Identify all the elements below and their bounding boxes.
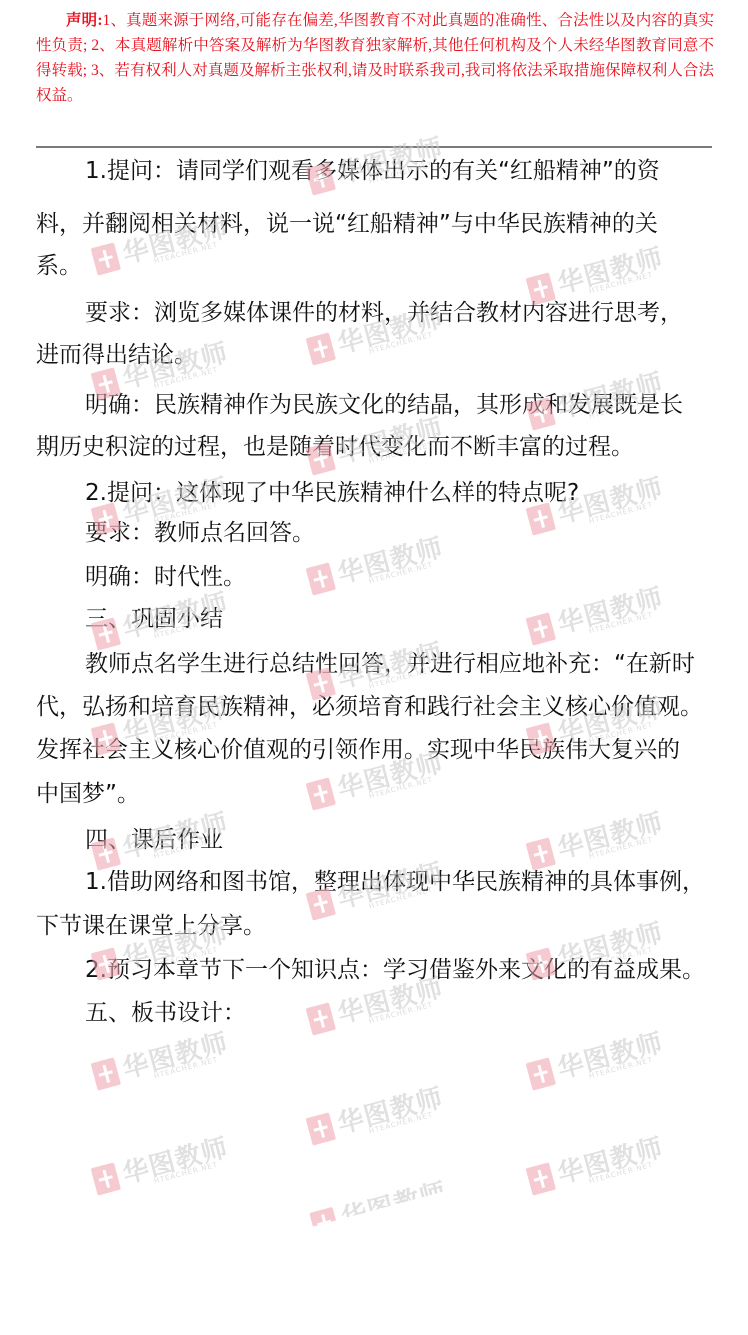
watermark-logo-icon	[309, 1207, 339, 1227]
disclaimer-text: 1、真题来源于网络,可能存在偏差,华图教育不对此真题的准确性、合法性以及内容的真…	[36, 12, 714, 104]
watermark: 华图教师HTEACHER.NET	[89, 1125, 237, 1210]
watermark: 华图教师	[307, 1169, 448, 1226]
watermark-logo-icon	[91, 1162, 121, 1195]
watermark-logo-icon	[526, 1057, 556, 1090]
watermark-logo-icon	[306, 332, 336, 365]
text-line: 1.借助网络和图书馆，整理出体现中华民族精神的具体事例，	[85, 867, 705, 897]
section-heading: 四、课后作业	[85, 825, 223, 855]
text-line: 中国梦”。	[36, 779, 140, 809]
watermark: 华图教师HTEACHER.NET	[524, 1125, 672, 1210]
text-line: 进而得出结论。	[36, 340, 197, 370]
watermark-logo-icon	[526, 1162, 556, 1195]
section-heading: 五、板书设计：	[85, 998, 246, 1028]
section-heading: 三、巩固小结	[85, 604, 223, 634]
text-line: 教师点名学生进行总结性回答，并进行相应地补充：“在新时	[85, 649, 695, 679]
disclaimer: 声明:1、真题来源于网络,可能存在偏差,华图教育不对此真题的准确性、合法性以及内…	[36, 8, 714, 108]
watermark: 华图教师HTEACHER.NET	[304, 1075, 452, 1160]
watermark-logo-icon	[526, 612, 556, 645]
text-line: 要求：教师点名回答。	[85, 518, 315, 548]
watermark-logo-icon	[306, 1002, 336, 1035]
text-line: 1.提问：请同学们观看多媒体出示的有关“红船精神”的资	[85, 156, 660, 186]
watermark: 华图教师HTEACHER.NET	[524, 1020, 672, 1105]
text-line: 发挥社会主义核心价值观的引领作用。实现中华民族伟大复兴的	[36, 735, 680, 765]
text-line: 代，弘扬和培育民族精神，必须培育和践行社会主义核心价值观。	[36, 692, 703, 722]
text-line: 2.提问：这体现了中华民族精神什么样的特点呢?	[85, 478, 579, 508]
text-line: 系。	[36, 251, 82, 281]
disclaimer-label: 声明:	[66, 12, 103, 29]
watermark-logo-icon	[91, 242, 121, 275]
watermark: 华图教师HTEACHER.NET	[524, 575, 672, 660]
watermark-logo-icon	[306, 562, 336, 595]
text-line: 明确：时代性。	[85, 562, 246, 592]
watermark-logo-icon	[526, 837, 556, 870]
text-line: 下节课在课堂上分享。	[36, 911, 266, 941]
watermark-logo-icon	[306, 1112, 336, 1145]
watermark: 华图教师HTEACHER.NET	[304, 525, 452, 610]
text-line: 要求：浏览多媒体课件的材料，并结合教材内容进行思考，	[85, 298, 683, 328]
watermark: 华图教师HTEACHER.NET	[89, 1020, 237, 1105]
text-line: 料，并翻阅相关材料，说一说“红船精神”与中华民族精神的关	[36, 209, 658, 239]
text-line: 期历史积淀的过程，也是随着时代变化而不断丰富的过程。	[36, 432, 634, 462]
watermark-logo-icon	[91, 1057, 121, 1090]
divider	[36, 146, 712, 148]
text-line: 2.预习本章节下一个知识点：学习借鉴外来文化的有益成果。	[85, 955, 705, 985]
watermark-logo-icon	[306, 777, 336, 810]
text-line: 明确：民族精神作为民族文化的结晶，其形成和发展既是长	[85, 390, 683, 420]
